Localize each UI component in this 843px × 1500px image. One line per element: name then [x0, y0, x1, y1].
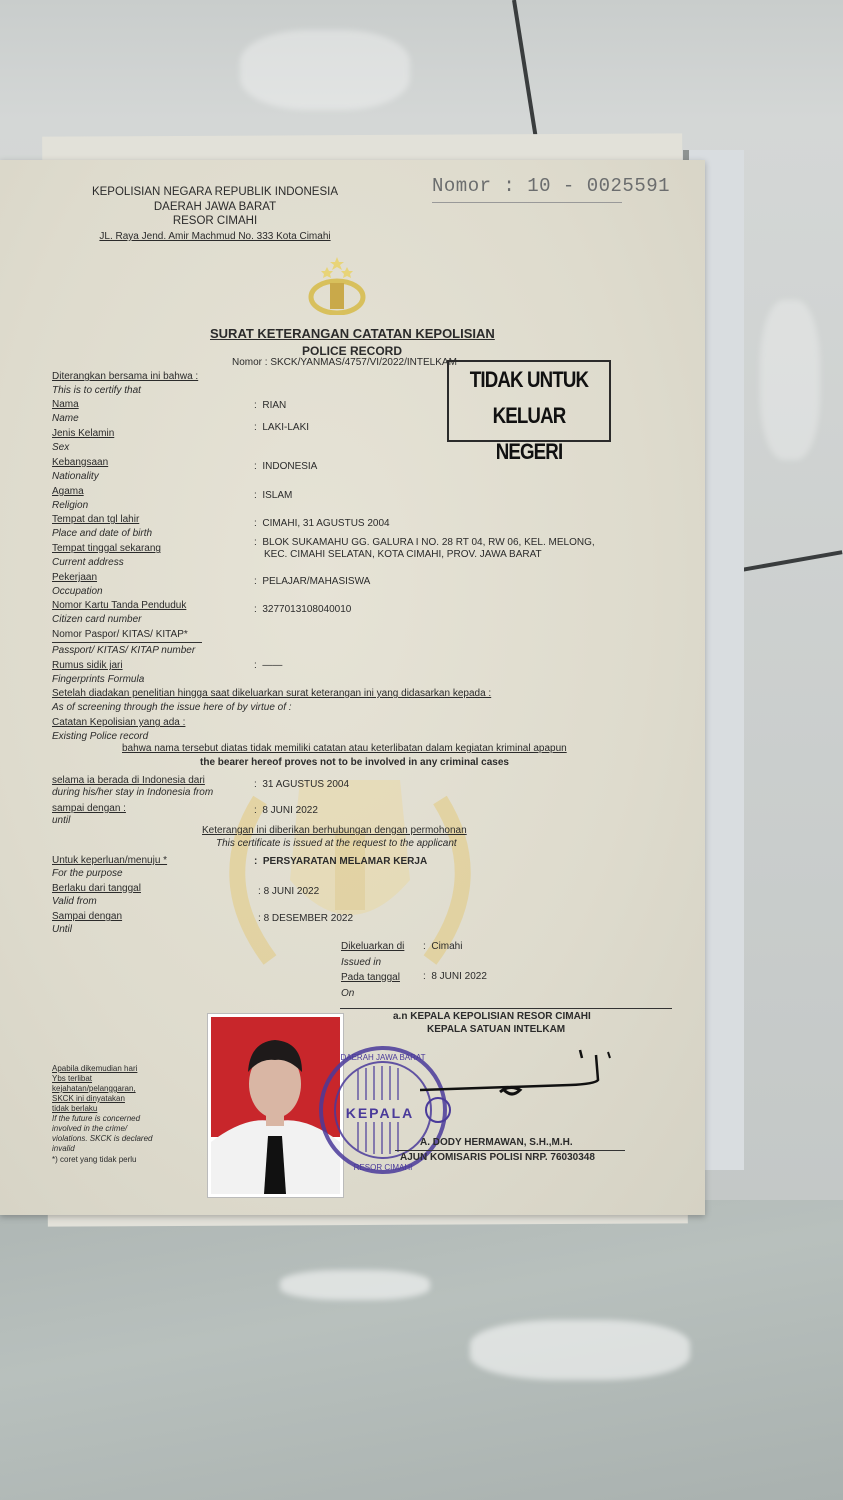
clean-record-statement-id: bahwa nama tersebut diatas tidak memilik… [122, 743, 567, 755]
signatory-rank: AJUN KOMISARIS POLISI NRP. 76030348 [400, 1152, 595, 1164]
field-label-en: Citizen card number [52, 614, 141, 626]
signatory-on-behalf: a.n KEPALA KEPOLISIAN RESOR CIMAHI [393, 1011, 591, 1023]
record-id: Catatan Kepolisian yang ada : [52, 717, 185, 729]
field-label-id: Jenis Kelamin [52, 428, 114, 440]
footnote-line: kejahatan/pelanggaran, [52, 1084, 153, 1094]
stay-until-id: sampai dengan : [52, 803, 126, 815]
footnote-line: Apabila dikemudian hari [52, 1064, 153, 1074]
issued-in-label-id: Dikeluarkan di [341, 941, 404, 953]
field-value-birth: : CIMAHI, 31 AGUSTUS 2004 [254, 518, 390, 530]
clean-record-statement-en: the bearer hereof proves not to be invol… [200, 757, 509, 769]
institution-name: KEPOLISIAN NEGARA REPUBLIK INDONESIA [55, 185, 375, 199]
field-label-en: Fingerprints Formula [52, 674, 144, 686]
field-label-en: Name [52, 413, 79, 425]
field-value-nationality: : INDONESIA [254, 461, 317, 473]
field-label-id: Nomor Paspor/ KITAS/ KITAP* [52, 629, 188, 641]
request-id: Keterangan ini diberikan berhubungan den… [202, 825, 467, 837]
field-value-occupation: : PELAJAR/MAHASISWA [254, 576, 370, 588]
field-value-name: : RIAN [254, 400, 286, 412]
restriction-line-2: KELUAR NEGERI [461, 398, 597, 470]
handwritten-signature [420, 1040, 620, 1110]
field-label-en: Occupation [52, 586, 103, 598]
issued-on-label-id: Pada tanggal [341, 972, 400, 984]
signatory-name: A. DODY HERMAWAN, S.H.,M.H. [420, 1137, 573, 1149]
document-number: Nomor : SKCK/YANMAS/4757/VI/2022/INTELKA… [232, 357, 457, 369]
field-label-id: Kebangsaan [52, 457, 108, 469]
signature-block-rule [340, 1008, 672, 1009]
strike-note: *) coret yang tidak perlu [52, 1154, 153, 1166]
field-value-address: : BLOK SUKAMAHU GG. GALURA I NO. 28 RT 0… [254, 537, 595, 549]
screening-id: Setelah diadakan penelitian hingga saat … [52, 688, 491, 700]
document-title: SURAT KETERANGAN CATATAN KEPOLISIAN [210, 328, 495, 340]
field-label-id: Agama [52, 486, 84, 498]
plastic-glare [240, 30, 410, 110]
field-label-id: Pekerjaan [52, 572, 97, 584]
police-emblem-icon [300, 255, 375, 315]
signatory-name-underline [395, 1150, 625, 1151]
footnote-line-en: invalid [52, 1144, 153, 1154]
footnote-line: Ybs terlibat [52, 1074, 153, 1084]
field-divider [52, 642, 202, 643]
valid-from-label-en: Valid from [52, 896, 97, 908]
screening-en: As of screening through the issue here o… [52, 702, 292, 714]
footnote-line-en: violations. SKCK is declared [52, 1134, 153, 1144]
footnote-line: SKCK ini dinyatakan [52, 1094, 153, 1104]
restriction-stamp: TIDAK UNTUK KELUAR NEGERI [447, 360, 611, 442]
police-emblem-watermark [200, 760, 500, 990]
restriction-line-1: TIDAK UNTUK [461, 362, 597, 398]
document-subtitle: POLICE RECORD [302, 345, 402, 357]
field-label-id: Nama [52, 399, 79, 411]
serial-number: Nomor : 10 - 0025591 [432, 180, 670, 192]
footnote-block: Apabila dikemudian hari Ybs terlibat kej… [52, 1064, 153, 1166]
footnote-line-en: If the future is concerned [52, 1114, 153, 1124]
floor-tile-seam [731, 550, 843, 574]
plastic-sleeve [0, 1200, 843, 1500]
stay-until-value: : 8 JUNI 2022 [254, 805, 318, 817]
footnote-line-en: involved in the crime/ [52, 1124, 153, 1134]
stay-from-id: selama ia berada di Indonesia dari [52, 775, 205, 787]
svg-text:KEPALA: KEPALA [346, 1105, 415, 1121]
field-value-address-line2: KEC. CIMAHI SELATAN, KOTA CIMAHI, PROV. … [264, 549, 542, 561]
field-value-id-number: : 3277013108040010 [254, 604, 351, 616]
field-label-id: Tempat dan tgl lahir [52, 514, 139, 526]
plastic-glare [470, 1320, 690, 1380]
intro-en: This is to certify that [52, 385, 141, 397]
request-en: This certificate is issued at the reques… [216, 838, 457, 850]
stay-from-en: during his/her stay in Indonesia from [52, 787, 213, 799]
field-label-en: Religion [52, 500, 88, 512]
issued-on-label-en: On [341, 988, 354, 1000]
purpose-value: : PERSYARATAN MELAMAR KERJA [254, 856, 427, 868]
field-label-id: Nomor Kartu Tanda Penduduk [52, 600, 186, 612]
field-value-religion: : ISLAM [254, 490, 292, 502]
field-label-id: Tempat tinggal sekarang [52, 543, 161, 555]
region-name: DAERAH JAWA BARAT [55, 200, 375, 214]
plastic-glare [760, 300, 820, 460]
field-label-id: Rumus sidik jari [52, 660, 123, 672]
valid-until-value: : 8 DESEMBER 2022 [258, 913, 353, 925]
field-label-en: Passport/ KITAS/ KITAP number [52, 645, 195, 657]
valid-until-label-en: Until [52, 924, 72, 936]
valid-until-label-id: Sampai dengan [52, 911, 122, 923]
purpose-label-en: For the purpose [52, 868, 123, 880]
svg-text:DAERAH JAWA BARAT: DAERAH JAWA BARAT [340, 1053, 425, 1062]
valid-from-value: : 8 JUNI 2022 [258, 886, 319, 898]
intro-id: Diterangkan bersama ini bahwa : [52, 371, 198, 383]
valid-from-label-id: Berlaku dari tanggal [52, 883, 141, 895]
resort-name: RESOR CIMAHI [55, 214, 375, 228]
field-value-fingerprint: : —— [254, 660, 282, 672]
stay-until-en: until [52, 815, 70, 827]
record-en: Existing Police record [52, 731, 148, 743]
purpose-label-id: Untuk keperluan/menuju * [52, 855, 167, 867]
field-label-en: Place and date of birth [52, 528, 152, 540]
issued-on-value: : 8 JUNI 2022 [423, 971, 487, 983]
svg-text:RESOR CIMAHI: RESOR CIMAHI [354, 1163, 413, 1172]
institution-address: JL. Raya Jend. Amir Machmud No. 333 Kota… [55, 230, 375, 244]
issued-in-label-en: Issued in [341, 957, 381, 969]
field-label-en: Nationality [52, 471, 99, 483]
serial-underline [432, 202, 622, 203]
police-record-certificate: KEPOLISIAN NEGARA REPUBLIK INDONESIA DAE… [0, 160, 705, 1215]
stay-from-value: : 31 AGUSTUS 2004 [254, 779, 349, 791]
issued-in-value: : Cimahi [423, 941, 462, 953]
plastic-glare [280, 1270, 430, 1300]
footnote-line: tidak berlaku [52, 1104, 153, 1114]
field-value-sex: : LAKI-LAKI [254, 422, 309, 434]
field-label-en: Current address [52, 557, 124, 569]
signatory-position: KEPALA SATUAN INTELKAM [427, 1024, 565, 1036]
field-label-en: Sex [52, 442, 69, 454]
